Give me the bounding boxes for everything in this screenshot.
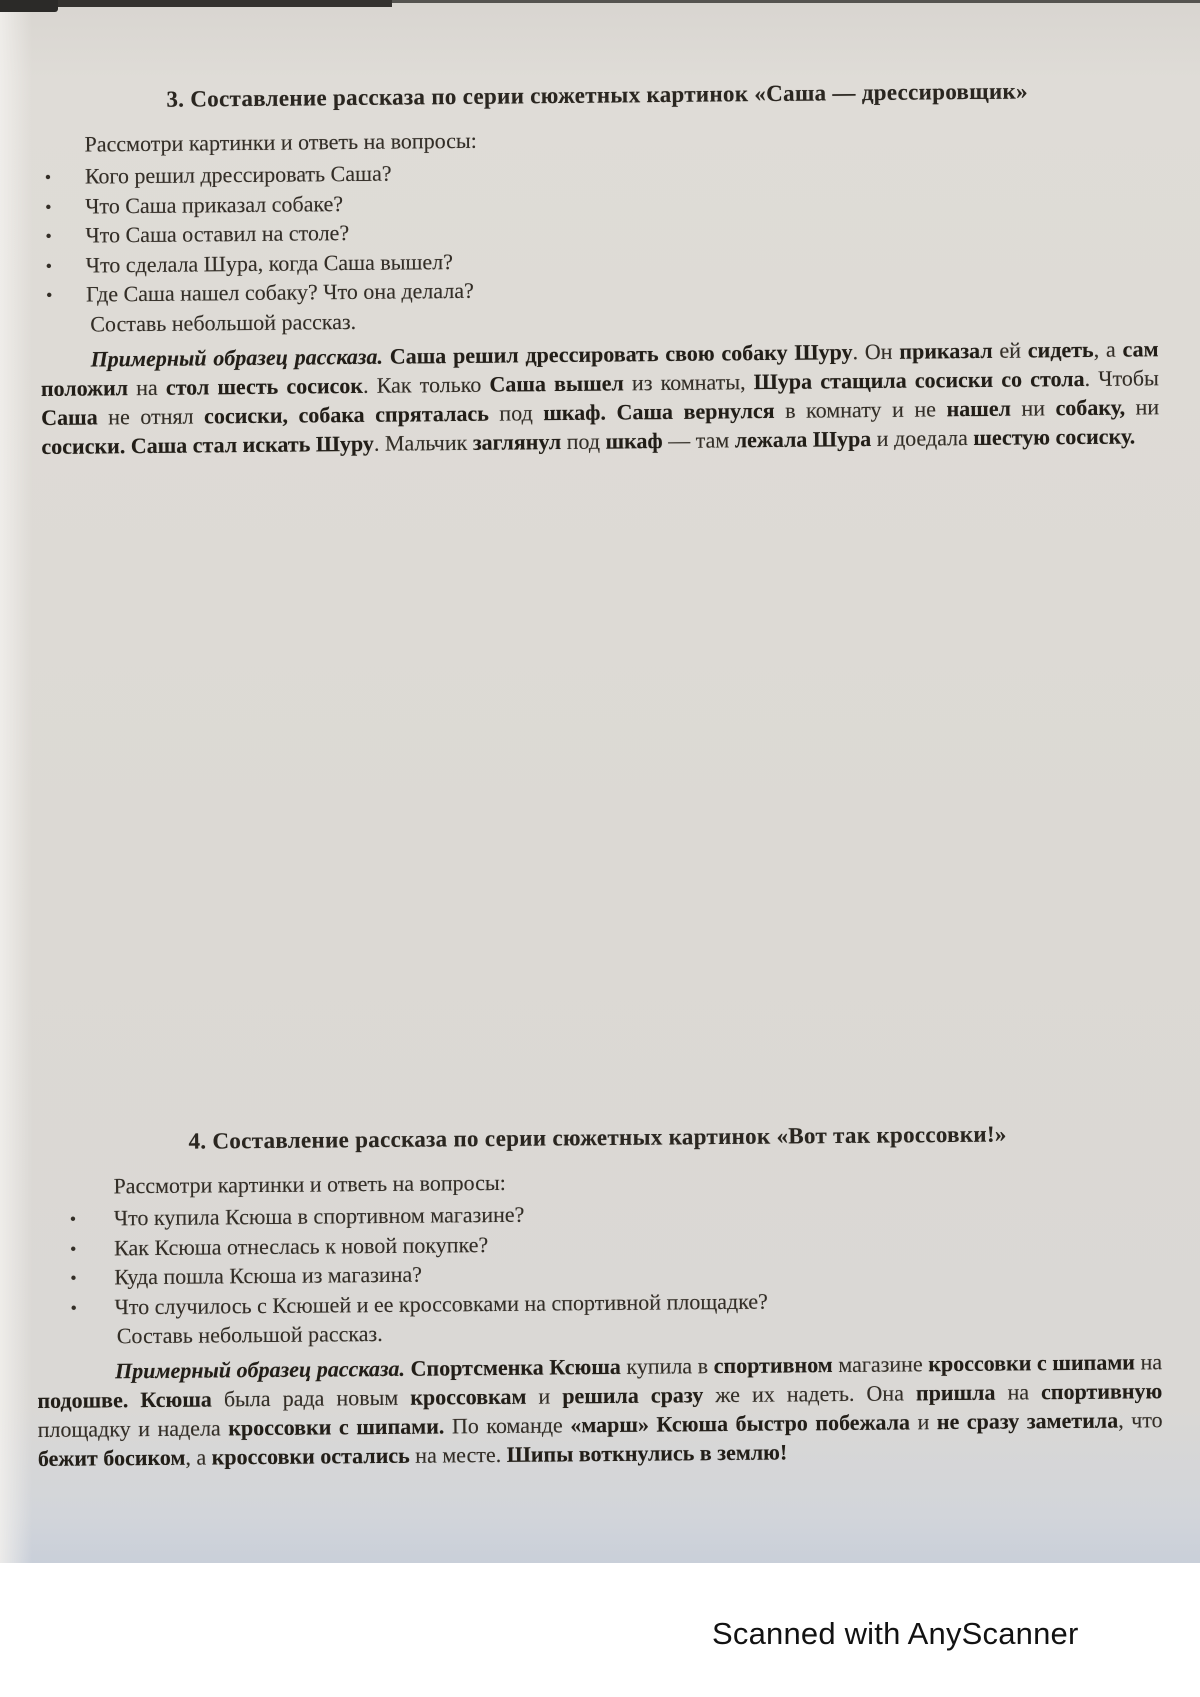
section4-question-list: •Что купила Ксюша в спортивном магазине?… (36, 1194, 1162, 1322)
scan-corner-artifact (0, 0, 58, 12)
question-text: Где Саша нашел собаку? Что она делала? (86, 278, 474, 307)
scanner-credit: Scanned with AnyScanner (712, 1616, 1079, 1652)
scanned-page: 3. Составление рассказа по серии сюжетны… (0, 0, 1200, 1563)
bullet-icon: • (46, 281, 53, 311)
bullet-icon: • (45, 192, 52, 222)
section4-title: 4. Составление рассказа по серии сюжетны… (35, 1118, 1160, 1158)
scan-edge-artifact-top-left (0, 0, 392, 7)
question-text: Что случилось с Ксюшей и ее кроссовками … (114, 1288, 767, 1319)
bullet-icon: • (70, 1293, 77, 1323)
bullet-icon: • (46, 251, 53, 281)
question-text: Кого решил дрессировать Саша? (85, 161, 392, 189)
section3-sample-story: Примерный образец рассказа. Саша решил д… (40, 334, 1159, 461)
section3-question-list: •Кого решил дрессировать Саша? •Что Саша… (39, 151, 1158, 309)
bullet-icon: • (70, 1234, 77, 1264)
section-sasha-trainer: 3. Составление рассказа по серии сюжетны… (38, 75, 1160, 460)
bullet-icon: • (45, 222, 52, 252)
question-text: Что купила Ксюша в спортивном магазине? (114, 1202, 525, 1231)
question-text: Что Саша оставил на столе? (85, 220, 349, 248)
bullet-icon: • (45, 163, 52, 193)
bullet-icon: • (70, 1205, 77, 1235)
section3-title: 3. Составление рассказа по серии сюжетны… (38, 75, 1156, 116)
section4-sample-story: Примерный образец рассказа. Спортсменка … (37, 1347, 1163, 1473)
question-text: Что сделала Шура, когда Саша вышел? (86, 249, 453, 278)
question-text: Куда пошла Ксюша из магазина? (114, 1262, 422, 1290)
question-text: Как Ксюша отнеслась к новой покупке? (114, 1232, 488, 1260)
bullet-icon: • (70, 1264, 77, 1294)
question-text: Что Саша приказал собаке? (85, 191, 343, 218)
section-sneakers: 4. Составление рассказа по серии сюжетны… (35, 1118, 1163, 1473)
